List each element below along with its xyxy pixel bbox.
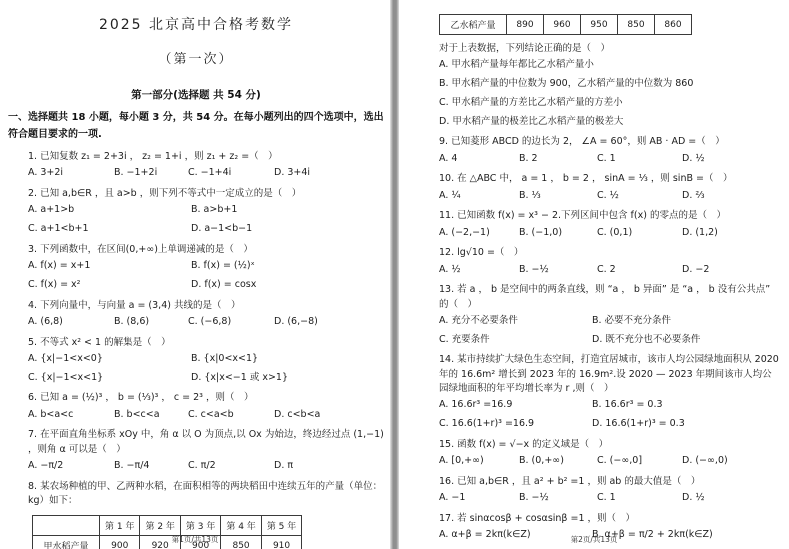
yield-table-header-year3: 第 3 年 — [180, 516, 220, 536]
exam-title: 2025 北京高中合格考数学 — [8, 14, 384, 34]
question-9-options: A. 4 B. 2 C. 1 D. ½ — [439, 152, 781, 166]
question-6-option-a: A. b<a<c — [28, 408, 114, 422]
question-13-option-b: B. 必要不充分条件 — [592, 314, 781, 328]
question-5-option-a: A. {x|−1<x<0} — [28, 352, 191, 366]
question-5-options: A. {x|−1<x<0} B. {x|0<x<1} C. {x|−1<x<1}… — [28, 352, 384, 385]
question-3-option-a: A. f(x) = x+1 — [28, 259, 191, 273]
question-16-option-b: B. −½ — [519, 491, 597, 505]
question-2-option-d: D. a−1<b−1 — [191, 222, 384, 236]
question-16-stem: 16. 已知 a,b∈R ，且 a² + b² =1 ，则 ab 的最大值是（ … — [439, 475, 781, 489]
yield-table-row-rice-b: 乙水稻产量 890 960 950 850 860 — [440, 15, 692, 35]
page-divider — [390, 0, 399, 549]
question-13-option-a: A. 充分不必要条件 — [439, 314, 592, 328]
question-4-options: A. (6,8) B. (8,6) C. (−6,8) D. (6,−8) — [28, 315, 384, 329]
section-instructions: 一、选择题共 18 小题，每小题 3 分，共 54 分。在每小题列出的四个选项中… — [8, 110, 384, 143]
question-9-option-b: B. 2 — [519, 152, 597, 166]
exam-page-1: 2025 北京高中合格考数学 （第一次） 第一部分(选择题 共 54 分) 一、… — [0, 0, 390, 549]
yield-table-rice-b: 乙水稻产量 890 960 950 850 860 — [439, 14, 692, 35]
rice-b-row-label: 乙水稻产量 — [440, 15, 507, 35]
question-9-option-c: C. 1 — [597, 152, 682, 166]
question-7-option-a: A. −π/2 — [28, 459, 114, 473]
question-6-option-c: C. c<a<b — [188, 408, 274, 422]
rice-b-value-5: 860 — [655, 15, 692, 35]
rice-b-value-1: 890 — [507, 15, 544, 35]
question-13-option-c: C. 充要条件 — [439, 333, 592, 347]
question-10-stem: 10. 在 △ABC 中， a = 1 ， b = 2 ， sinA = ⅓ ，… — [439, 172, 781, 186]
question-1-stem: 1. 已知复数 z₁ = 2+3i ， z₂ = 1+i ，则 z₁ + z₂ … — [28, 150, 384, 164]
question-12-options: A. ½ B. −½ C. 2 D. −2 — [439, 263, 781, 277]
question-12-option-b: B. −½ — [519, 263, 597, 277]
question-11-option-a: A. (−2,−1) — [439, 226, 519, 240]
question-7: 7. 在平面直角坐标系 xOy 中，角 α 以 O 为顶点,以 Ox 为始边，终… — [28, 428, 384, 472]
rice-b-value-4: 850 — [618, 15, 655, 35]
question-15-option-d: D. (−∞,0) — [682, 454, 781, 468]
question-11-stem: 11. 已知函数 f(x) = x³ − 2.下列区间中包含 f(x) 的零点的… — [439, 209, 781, 223]
question-5-option-c: C. {x|−1<x<1} — [28, 371, 191, 385]
question-1-option-d: D. 3+4i — [274, 166, 384, 180]
question-4-option-a: A. (6,8) — [28, 315, 114, 329]
yield-table-rice-b-wrap: 乙水稻产量 890 960 950 850 860 — [439, 0, 781, 35]
question-2: 2. 已知 a,b∈R ，且 a>b ，则下列不等式中一定成立的是（ ） A. … — [28, 187, 384, 236]
question-15-option-c: C. (−∞,0] — [597, 454, 682, 468]
question-9-stem: 9. 已知菱形 ABCD 的边长为 2， ∠A = 60°，则 AB · AD … — [439, 135, 781, 149]
question-14-option-a: A. 16.6r³ =16.9 — [439, 398, 592, 412]
question-12-option-c: C. 2 — [597, 263, 682, 277]
question-9-option-a: A. 4 — [439, 152, 519, 166]
question-16: 16. 已知 a,b∈R ，且 a² + b² =1 ，则 ab 的最大值是（ … — [439, 475, 781, 505]
question-8c-option-b: B. 甲水稻产量的中位数为 900，乙水稻产量的中位数为 860 — [439, 77, 781, 91]
question-15-options: A. [0,+∞) B. (0,+∞) C. (−∞,0] D. (−∞,0) — [439, 454, 781, 468]
question-16-option-d: D. ½ — [682, 491, 781, 505]
question-12-option-d: D. −2 — [682, 263, 781, 277]
question-5: 5. 不等式 x² < 1 的解集是（ ） A. {x|−1<x<0} B. {… — [28, 336, 384, 385]
exam-document: 2025 北京高中合格考数学 （第一次） 第一部分(选择题 共 54 分) 一、… — [0, 0, 789, 549]
question-12: 12. lg√10 =（ ） A. ½ B. −½ C. 2 D. −2 — [439, 246, 781, 276]
question-10-option-a: A. ¼ — [439, 189, 519, 203]
question-6-option-b: B. b<c<a — [114, 408, 188, 422]
question-14-stem: 14. 某市持续扩大绿色生态空间，打造宜居城市，该市人均公园绿地面积从 2020… — [439, 353, 781, 396]
question-4: 4. 下列向量中，与向量 a = (3,4) 共线的是（ ） A. (6,8) … — [28, 299, 384, 329]
question-8c-option-c: C. 甲水稻产量的方差比乙水稻产量的方差小 — [439, 96, 781, 110]
question-12-option-a: A. ½ — [439, 263, 519, 277]
question-14-options: A. 16.6r³ =16.9 B. 16.6r³ = 0.3 C. 16.6(… — [439, 398, 781, 431]
question-5-option-b: B. {x|0<x<1} — [191, 352, 384, 366]
question-16-option-c: C. 1 — [597, 491, 682, 505]
question-10-options: A. ¼ B. ⅓ C. ½ D. ⅔ — [439, 189, 781, 203]
question-3-option-c: C. f(x) = x² — [28, 278, 191, 292]
question-8-continued: 对于上表数据，下列结论正确的是（ ） A. 甲水稻产量每年都比乙水稻产量小 B.… — [439, 42, 781, 128]
question-10-option-c: C. ½ — [597, 189, 682, 203]
yield-table-header-row: 第 1 年 第 2 年 第 3 年 第 4 年 第 5 年 — [33, 516, 302, 536]
question-6-option-d: D. c<b<a — [274, 408, 384, 422]
question-14: 14. 某市持续扩大绿色生态空间，打造宜居城市，该市人均公园绿地面积从 2020… — [439, 353, 781, 430]
yield-table-header-year2: 第 2 年 — [140, 516, 180, 536]
rice-b-value-2: 960 — [544, 15, 581, 35]
question-2-option-c: C. a+1<b+1 — [28, 222, 191, 236]
question-13-option-d: D. 既不充分也不必要条件 — [592, 333, 781, 347]
question-15: 15. 函数 f(x) = √−x 的定义域是（ ） A. [0,+∞) B. … — [439, 438, 781, 468]
question-4-option-c: C. (−6,8) — [188, 315, 274, 329]
question-7-option-c: C. π/2 — [188, 459, 274, 473]
question-1-option-c: C. −1+4i — [188, 166, 274, 180]
question-16-option-a: A. −1 — [439, 491, 519, 505]
question-6-stem: 6. 已知 a = (½)³ ， b = (⅓)³ ， c = 2³ ，则（ ） — [28, 391, 384, 405]
question-1: 1. 已知复数 z₁ = 2+3i ， z₂ = 1+i ，则 z₁ + z₂ … — [28, 150, 384, 180]
rice-b-value-3: 950 — [581, 15, 618, 35]
question-9: 9. 已知菱形 ABCD 的边长为 2， ∠A = 60°，则 AB · AD … — [439, 135, 781, 165]
question-15-option-a: A. [0,+∞) — [439, 454, 519, 468]
question-10: 10. 在 △ABC 中， a = 1 ， b = 2 ， sinA = ⅓ ，… — [439, 172, 781, 202]
question-2-option-a: A. a+1>b — [28, 203, 191, 217]
question-2-stem: 2. 已知 a,b∈R ，且 a>b ，则下列不等式中一定成立的是（ ） — [28, 187, 384, 201]
question-5-stem: 5. 不等式 x² < 1 的解集是（ ） — [28, 336, 384, 350]
question-11-option-b: B. (−1,0) — [519, 226, 597, 240]
question-6: 6. 已知 a = (½)³ ， b = (⅓)³ ， c = 2³ ，则（ ）… — [28, 391, 384, 421]
question-13-stem: 13. 若 a ， b 是空间中的两条直线，则 “a ， b 异面” 是 “a … — [439, 283, 781, 312]
question-7-stem: 7. 在平面直角坐标系 xOy 中，角 α 以 O 为顶点,以 Ox 为始边，终… — [28, 428, 384, 457]
question-14-option-c: C. 16.6(1+r)³ =16.9 — [439, 417, 592, 431]
question-5-option-d: D. {x|x<−1 或 x>1} — [191, 371, 384, 385]
question-14-option-b: B. 16.6r³ = 0.3 — [592, 398, 781, 412]
question-11-option-d: D. (1,2) — [682, 226, 781, 240]
yield-table-header-blank — [33, 516, 100, 536]
question-8c-stem: 对于上表数据，下列结论正确的是（ ） — [439, 42, 781, 56]
question-3: 3. 下列函数中，在区间(0,+∞)上单调递减的是（ ） A. f(x) = x… — [28, 243, 384, 292]
yield-table-header-year5: 第 5 年 — [261, 516, 301, 536]
exam-page-2: 乙水稻产量 890 960 950 850 860 对于上表数据，下列结论正确的… — [399, 0, 789, 549]
question-15-option-b: B. (0,+∞) — [519, 454, 597, 468]
question-1-option-b: B. −1+2i — [114, 166, 188, 180]
question-11: 11. 已知函数 f(x) = x³ − 2.下列区间中包含 f(x) 的零点的… — [439, 209, 781, 239]
page-1-footer: 第1页/共13页 — [0, 534, 390, 545]
question-8c-options: A. 甲水稻产量每年都比乙水稻产量小 B. 甲水稻产量的中位数为 900，乙水稻… — [439, 58, 781, 128]
question-11-option-c: C. (0,1) — [597, 226, 682, 240]
question-8-stem: 8. 某农场种植的甲、乙两种水稻，在面积相等的两块稻田中连续五年的产量（单位：k… — [28, 480, 384, 509]
question-3-options: A. f(x) = x+1 B. f(x) = (½)ˣ C. f(x) = x… — [28, 259, 384, 292]
question-4-option-d: D. (6,−8) — [274, 315, 384, 329]
question-2-option-b: B. a>b+1 — [191, 203, 384, 217]
question-13-options: A. 充分不必要条件 B. 必要不充分条件 C. 充要条件 D. 既不充分也不必… — [439, 314, 781, 347]
yield-table-header-year1: 第 1 年 — [100, 516, 140, 536]
question-10-option-b: B. ⅓ — [519, 189, 597, 203]
question-7-option-b: B. −π/4 — [114, 459, 188, 473]
question-8c-option-d: D. 甲水稻产量的极差比乙水稻产量的极差大 — [439, 115, 781, 129]
question-2-options: A. a+1>b B. a>b+1 C. a+1<b+1 D. a−1<b−1 — [28, 203, 384, 236]
question-3-option-b: B. f(x) = (½)ˣ — [191, 259, 384, 273]
question-11-options: A. (−2,−1) B. (−1,0) C. (0,1) D. (1,2) — [439, 226, 781, 240]
yield-table-header-year4: 第 4 年 — [221, 516, 261, 536]
question-17-stem: 17. 若 sinαcosβ + cosαsinβ =1 ，则（ ） — [439, 512, 781, 526]
question-16-options: A. −1 B. −½ C. 1 D. ½ — [439, 491, 781, 505]
part-heading: 第一部分(选择题 共 54 分) — [8, 87, 384, 102]
question-4-option-b: B. (8,6) — [114, 315, 188, 329]
question-15-stem: 15. 函数 f(x) = √−x 的定义域是（ ） — [439, 438, 781, 452]
question-1-option-a: A. 3+2i — [28, 166, 114, 180]
page-2-footer: 第2页/共13页 — [399, 534, 789, 545]
question-4-stem: 4. 下列向量中，与向量 a = (3,4) 共线的是（ ） — [28, 299, 384, 313]
question-3-option-d: D. f(x) = cosx — [191, 278, 384, 292]
question-7-options: A. −π/2 B. −π/4 C. π/2 D. π — [28, 459, 384, 473]
question-10-option-d: D. ⅔ — [682, 189, 781, 203]
question-7-option-d: D. π — [274, 459, 384, 473]
question-12-stem: 12. lg√10 =（ ） — [439, 246, 781, 260]
question-6-options: A. b<a<c B. b<c<a C. c<a<b D. c<b<a — [28, 408, 384, 422]
question-14-option-d: D. 16.6(1+r)³ = 0.3 — [592, 417, 781, 431]
question-3-stem: 3. 下列函数中，在区间(0,+∞)上单调递减的是（ ） — [28, 243, 384, 257]
question-9-option-d: D. ½ — [682, 152, 781, 166]
question-1-options: A. 3+2i B. −1+2i C. −1+4i D. 3+4i — [28, 166, 384, 180]
exam-subtitle: （第一次） — [8, 48, 384, 67]
question-8c-option-a: A. 甲水稻产量每年都比乙水稻产量小 — [439, 58, 781, 72]
question-13: 13. 若 a ， b 是空间中的两条直线，则 “a ， b 异面” 是 “a … — [439, 283, 781, 346]
